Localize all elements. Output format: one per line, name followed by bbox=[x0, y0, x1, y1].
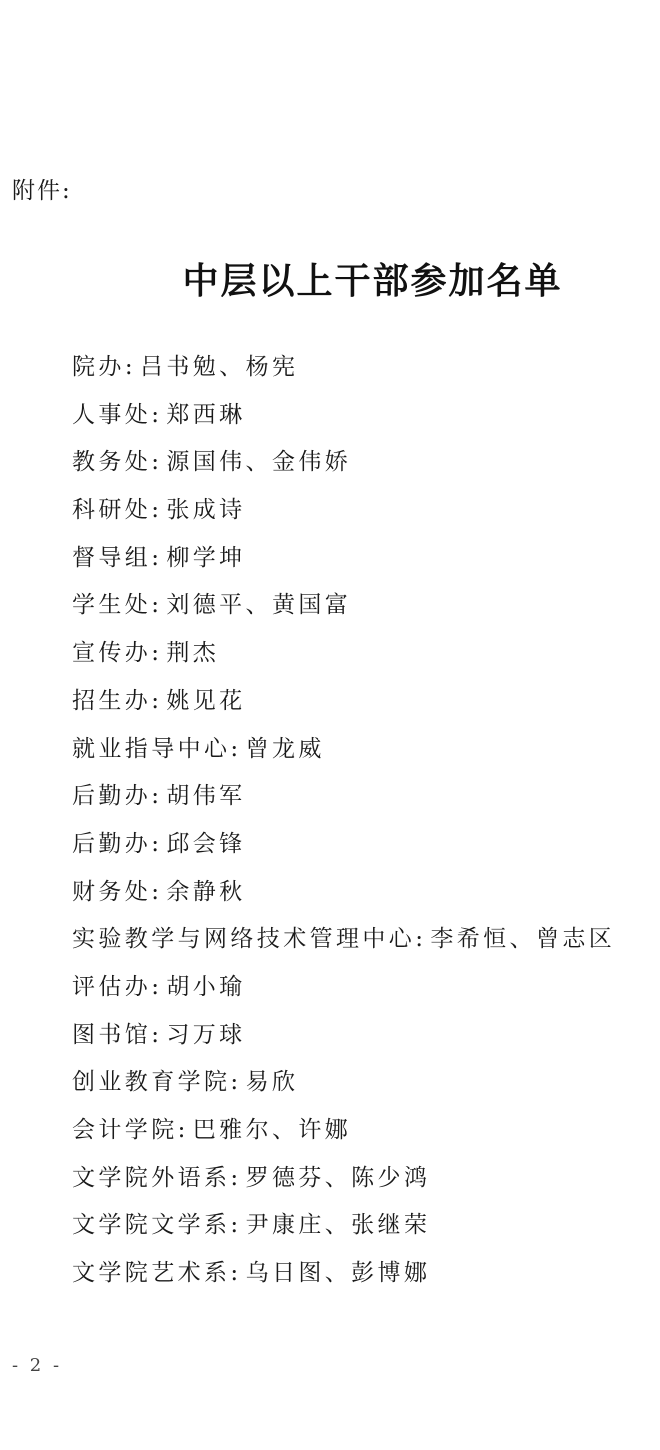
department-name: 实验教学与网络技术管理中心 bbox=[72, 926, 415, 952]
department-name: 学生处 bbox=[72, 592, 151, 618]
list-item: 后勤办:邱会锋 bbox=[72, 823, 615, 871]
list-item: 文学院文学系:尹康庄、张继荣 bbox=[72, 1204, 615, 1252]
department-name: 院办 bbox=[72, 354, 125, 380]
page-number: - 2 - bbox=[12, 1355, 62, 1376]
separator: : bbox=[151, 879, 162, 905]
department-name: 后勤办 bbox=[72, 783, 151, 809]
list-item: 宣传办:荆杰 bbox=[72, 632, 615, 680]
person-names: 胡小瑜 bbox=[166, 974, 245, 1000]
department-name: 人事处 bbox=[72, 402, 151, 428]
separator: : bbox=[151, 640, 162, 666]
person-names: 姚见花 bbox=[166, 688, 245, 714]
list-item: 财务处:余静秋 bbox=[72, 871, 615, 919]
person-names: 余静秋 bbox=[166, 879, 245, 905]
person-names: 巴雅尔、许娜 bbox=[193, 1117, 351, 1143]
person-names: 习万球 bbox=[166, 1022, 245, 1048]
list-item: 会计学院:巴雅尔、许娜 bbox=[72, 1109, 615, 1157]
person-names: 刘德平、黄国富 bbox=[166, 592, 351, 618]
department-name: 督导组 bbox=[72, 545, 151, 571]
list-item: 就业指导中心:曾龙威 bbox=[72, 728, 615, 776]
attachment-label: 附件: bbox=[12, 176, 72, 206]
person-names: 源国伟、金伟娇 bbox=[166, 449, 351, 475]
list-item: 招生办:姚见花 bbox=[72, 680, 615, 728]
list-item: 实验教学与网络技术管理中心:李希恒、曾志区 bbox=[72, 918, 615, 966]
page-title: 中层以上干部参加名单 bbox=[0, 257, 660, 305]
separator: : bbox=[151, 783, 162, 809]
list-item: 院办:吕书勉、杨宪 bbox=[72, 346, 615, 394]
department-name: 科研处 bbox=[72, 497, 151, 523]
list-item: 学生处:刘德平、黄国富 bbox=[72, 584, 615, 632]
person-names: 曾龙威 bbox=[246, 736, 325, 762]
person-names: 尹康庄、张继荣 bbox=[246, 1212, 431, 1238]
person-names: 胡伟军 bbox=[166, 783, 245, 809]
person-names: 李希恒、曾志区 bbox=[430, 926, 615, 952]
department-name: 宣传办 bbox=[72, 640, 151, 666]
person-names: 柳学坤 bbox=[166, 545, 245, 571]
person-names: 易欣 bbox=[246, 1069, 299, 1095]
separator: : bbox=[230, 1212, 241, 1238]
separator: : bbox=[151, 449, 162, 475]
list-item: 科研处:张成诗 bbox=[72, 489, 615, 537]
list-item: 评估办:胡小瑜 bbox=[72, 966, 615, 1014]
separator: : bbox=[125, 354, 136, 380]
person-names: 罗德芬、陈少鸿 bbox=[246, 1165, 431, 1191]
separator: : bbox=[151, 974, 162, 1000]
list-item: 后勤办:胡伟军 bbox=[72, 775, 615, 823]
separator: : bbox=[151, 688, 162, 714]
list-item: 文学院外语系:罗德芬、陈少鸿 bbox=[72, 1157, 615, 1205]
separator: : bbox=[151, 1022, 162, 1048]
department-name: 会计学院 bbox=[72, 1117, 178, 1143]
list-item: 图书馆:习万球 bbox=[72, 1014, 615, 1062]
department-name: 文学院艺术系 bbox=[72, 1260, 230, 1286]
department-name: 招生办 bbox=[72, 688, 151, 714]
separator: : bbox=[151, 497, 162, 523]
separator: : bbox=[151, 402, 162, 428]
person-names: 荆杰 bbox=[166, 640, 219, 666]
department-name: 文学院文学系 bbox=[72, 1212, 230, 1238]
separator: : bbox=[151, 545, 162, 571]
separator: : bbox=[230, 1069, 241, 1095]
department-name: 教务处 bbox=[72, 449, 151, 475]
separator: : bbox=[151, 831, 162, 857]
separator: : bbox=[230, 736, 241, 762]
department-name: 创业教育学院 bbox=[72, 1069, 230, 1095]
department-name: 图书馆 bbox=[72, 1022, 151, 1048]
separator: : bbox=[230, 1165, 241, 1191]
person-names: 郑西琳 bbox=[166, 402, 245, 428]
department-name: 评估办 bbox=[72, 974, 151, 1000]
list-item: 督导组:柳学坤 bbox=[72, 537, 615, 585]
separator: : bbox=[178, 1117, 189, 1143]
department-name: 财务处 bbox=[72, 879, 151, 905]
list-item: 人事处:郑西琳 bbox=[72, 394, 615, 442]
list-item: 创业教育学院:易欣 bbox=[72, 1061, 615, 1109]
person-names: 吕书勉、杨宪 bbox=[140, 354, 298, 380]
list-item: 教务处:源国伟、金伟娇 bbox=[72, 441, 615, 489]
department-name: 文学院外语系 bbox=[72, 1165, 230, 1191]
list-item: 文学院艺术系:乌日图、彭博娜 bbox=[72, 1252, 615, 1300]
department-name: 就业指导中心 bbox=[72, 736, 230, 762]
person-names: 邱会锋 bbox=[166, 831, 245, 857]
separator: : bbox=[415, 926, 426, 952]
participant-list: 院办:吕书勉、杨宪人事处:郑西琳教务处:源国伟、金伟娇科研处:张成诗督导组:柳学… bbox=[72, 346, 615, 1300]
department-name: 后勤办 bbox=[72, 831, 151, 857]
person-names: 张成诗 bbox=[166, 497, 245, 523]
person-names: 乌日图、彭博娜 bbox=[246, 1260, 431, 1286]
separator: : bbox=[230, 1260, 241, 1286]
separator: : bbox=[151, 592, 162, 618]
